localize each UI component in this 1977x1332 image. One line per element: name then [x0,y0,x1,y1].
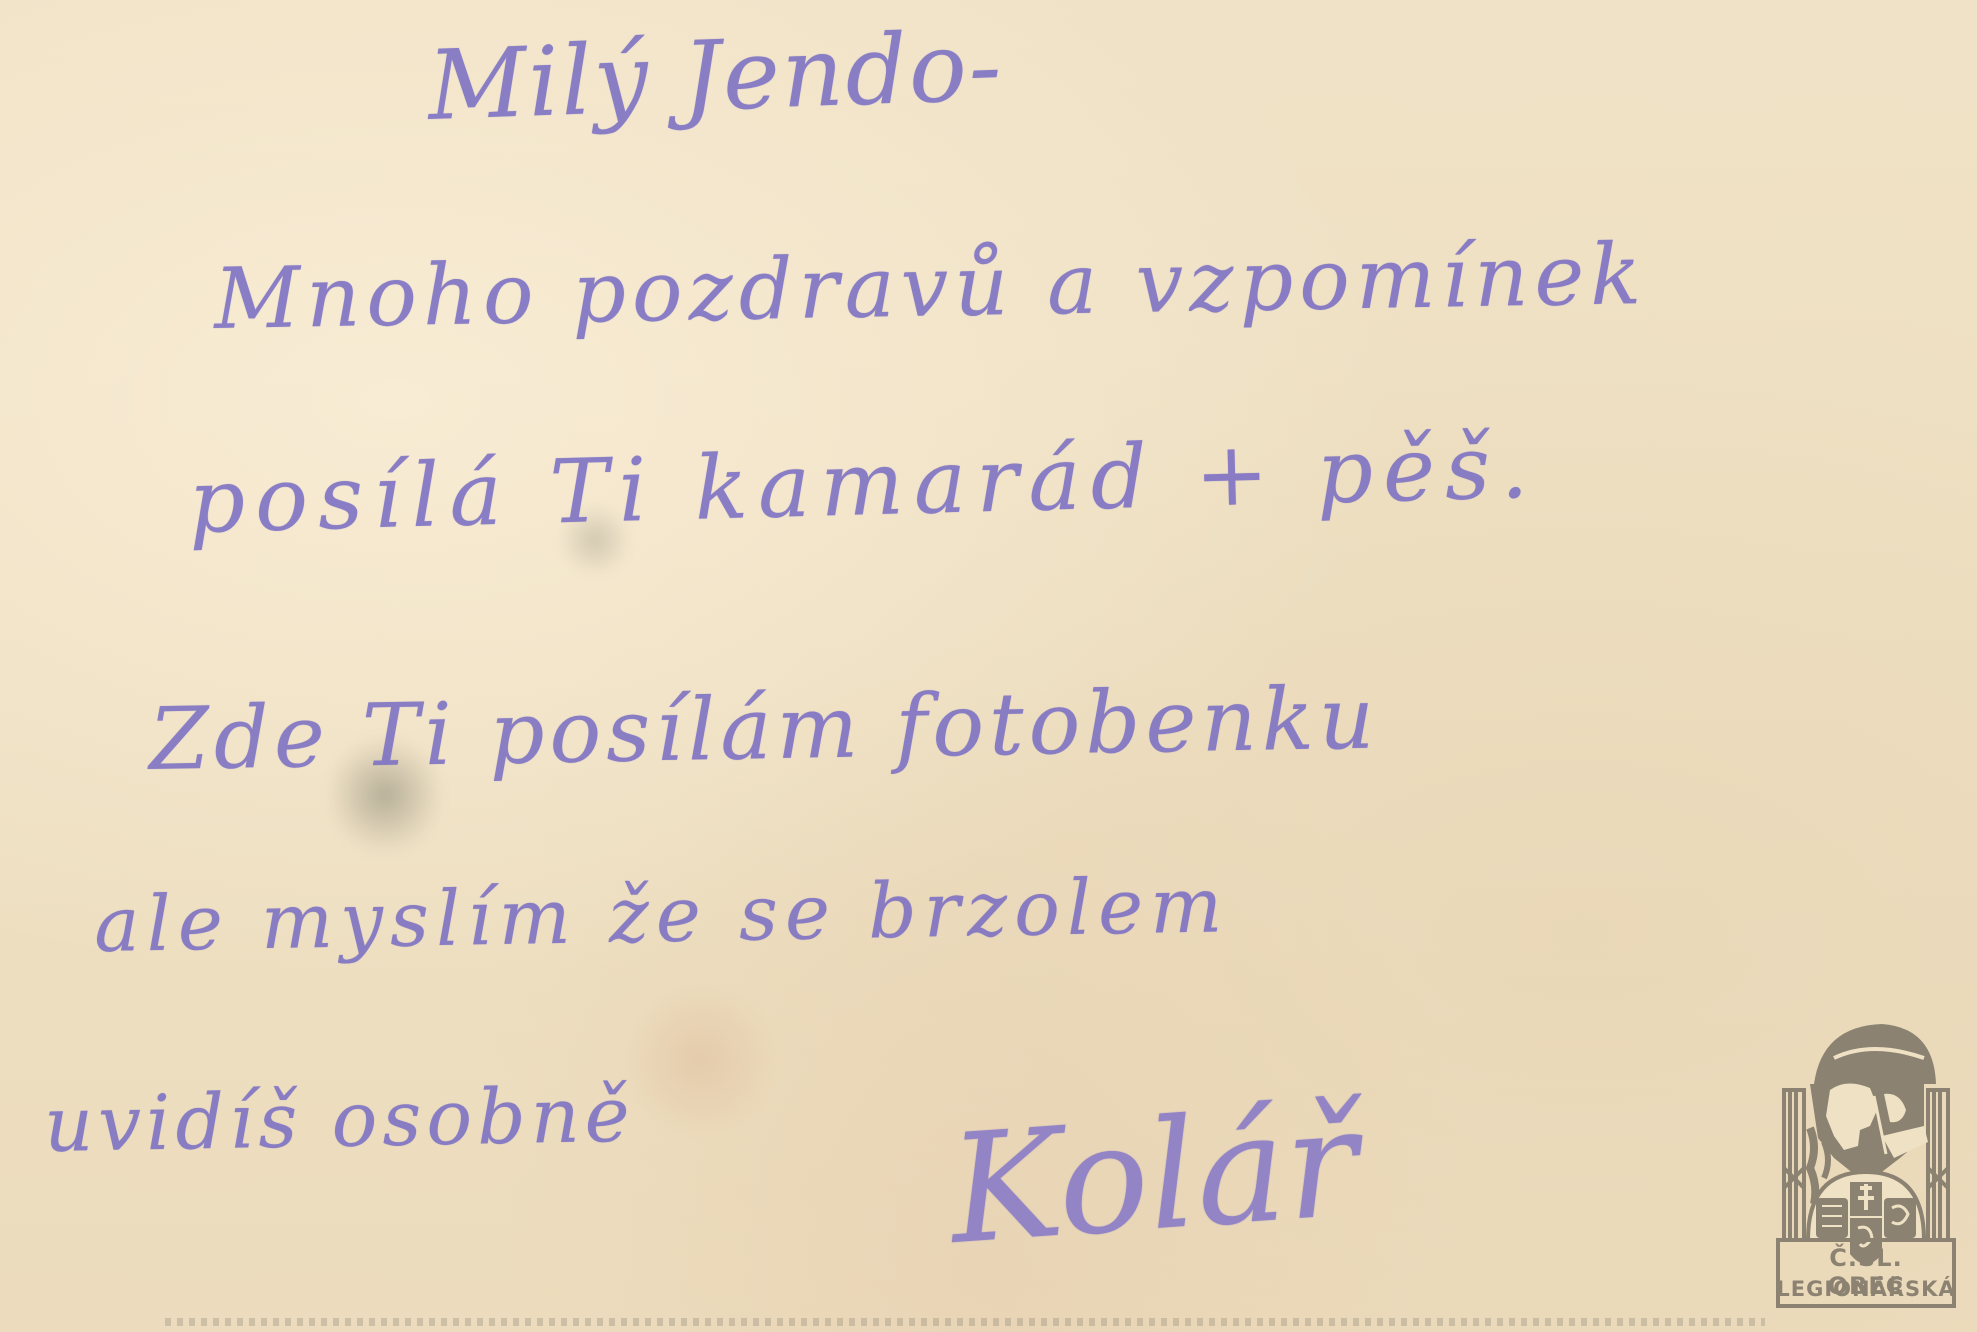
edge-number: 609 [0,1250,2,1316]
letter-line-6: uvidíš osobně [43,1070,635,1169]
printed-edge-strip [165,1318,1765,1326]
signature: Kolář [944,1076,1363,1278]
legion-logo: Č.SL. OBEC LEGIONÁŘSKÁ [1774,1018,1958,1308]
logo-text-left: Č.SL. [1829,1244,1902,1272]
logo-text-line2: LEGIONÁŘSKÁ [1774,1277,1958,1301]
letter-line-1: Milý Jendo- [426,10,1005,142]
paper-discoloration [620,990,780,1130]
